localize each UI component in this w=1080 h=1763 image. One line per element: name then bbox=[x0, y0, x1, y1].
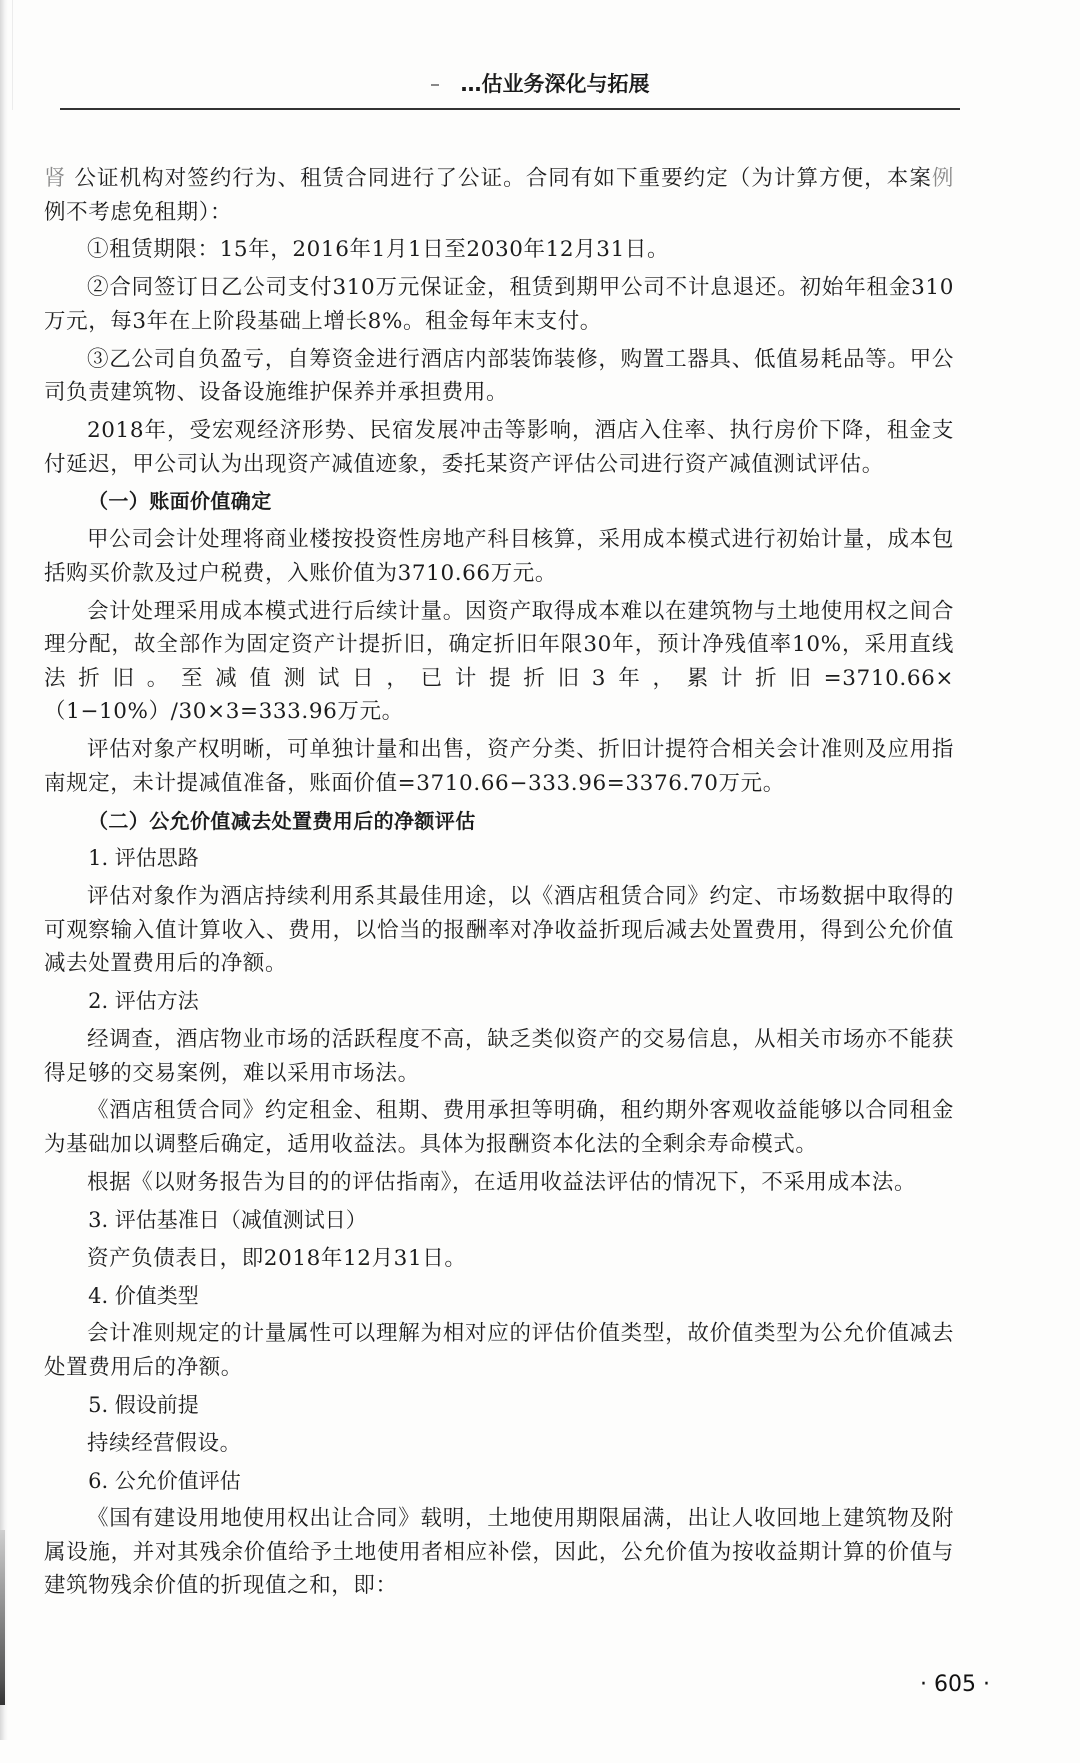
subheading-approach: 1. 评估思路 bbox=[44, 842, 954, 876]
contract-item-3: ③乙公司自负盈亏，自筹资金进行酒店内部装饰装修，购置工器具、低值易耗品等。甲公司… bbox=[44, 343, 954, 410]
paragraph-market-method: 经调查，酒店物业市场的活跃程度不高，缺乏类似资产的交易信息，从相关市场亦不能获得… bbox=[44, 1023, 954, 1090]
paragraph-value-type: 会计准则规定的计量属性可以理解为相对应的评估价值类型，故价值类型为公允价值减去处… bbox=[44, 1317, 954, 1384]
paragraph-fair-value-estimation: 《国有建设用地使用权出让合同》载明，土地使用期限届满，出让人收回地上建筑物及附属… bbox=[44, 1502, 954, 1603]
body-text: 肾 公证机构对签约行为、租赁合同进行了公证。合同有如下重要约定（为计算方便，本案… bbox=[44, 162, 954, 1607]
book-page: …估业务深化与拓展 肾 公证机构对签约行为、租赁合同进行了公证。合同有如下重要约… bbox=[0, 0, 1080, 1763]
page-binding-shadow bbox=[0, 0, 8, 1740]
contract-item-1: ①租赁期限：15年，2016年1月1日至2030年12月31日。 bbox=[44, 233, 954, 267]
section-heading-book-value: （一）账面价值确定 bbox=[44, 485, 954, 519]
contract-item-2: ②合同签订日乙公司支付310万元保证金，租赁到期甲公司不计息退还。初始年租金31… bbox=[44, 271, 954, 338]
subheading-value-type: 4. 价值类型 bbox=[44, 1280, 954, 1314]
paragraph-depreciation: 会计处理采用成本模式进行后续计量。因资产取得成本难以在建筑物与土地使用权之间合理… bbox=[44, 595, 954, 729]
paragraph-book-value: 评估对象产权明晰，可单独计量和出售，资产分类、折旧计提符合相关会计准则及应用指南… bbox=[44, 733, 954, 800]
subheading-method: 2. 评估方法 bbox=[44, 985, 954, 1019]
section-heading-fair-value: （二）公允价值减去处置费用后的净额评估 bbox=[44, 805, 954, 839]
page-edge-shadow bbox=[0, 1530, 5, 1705]
header-dash bbox=[431, 84, 439, 86]
subheading-valuation-date: 3. 评估基准日（减值测试日） bbox=[44, 1204, 954, 1238]
paragraph-impairment-indicator: 2018年，受宏观经济形势、民宿发展冲击等影响，酒店入住率、执行房价下降，租金支… bbox=[44, 414, 954, 481]
subheading-fair-value-estimation: 6. 公允价值评估 bbox=[44, 1465, 954, 1499]
page-number: · 605 · bbox=[920, 1672, 990, 1697]
cropped-prefix: 肾 bbox=[44, 166, 74, 191]
cropped-prefix: 例 bbox=[932, 166, 954, 191]
paragraph-assumptions: 持续经营假设。 bbox=[44, 1427, 954, 1461]
paragraph-initial-measurement: 甲公司会计处理将商业楼按投资性房地产科目核算，采用成本模式进行初始计量，成本包括… bbox=[44, 523, 954, 590]
header-rule bbox=[60, 108, 960, 110]
paragraph-valuation-date: 资产负债表日，即2018年12月31日。 bbox=[44, 1242, 954, 1276]
paragraph-approach: 评估对象作为酒店持续利用系其最佳用途，以《酒店租赁合同》约定、市场数据中取得的可… bbox=[44, 880, 954, 981]
paragraph-cost-method: 根据《以财务报告为目的的评估指南》，在适用收益法评估的情况下，不采用成本法。 bbox=[44, 1166, 954, 1200]
subheading-assumptions: 5. 假设前提 bbox=[44, 1389, 954, 1423]
running-header-title: …估业务深化与拓展 bbox=[461, 72, 650, 96]
paragraph-income-method: 《酒店租赁合同》约定租金、租期、费用承担等明确，租约期外客观收益能够以合同租金为… bbox=[44, 1094, 954, 1161]
running-header: …估业务深化与拓展 bbox=[0, 68, 1080, 98]
paragraph-notarization: 肾 公证机构对签约行为、租赁合同进行了公证。合同有如下重要约定（为计算方便，本案… bbox=[44, 162, 954, 229]
